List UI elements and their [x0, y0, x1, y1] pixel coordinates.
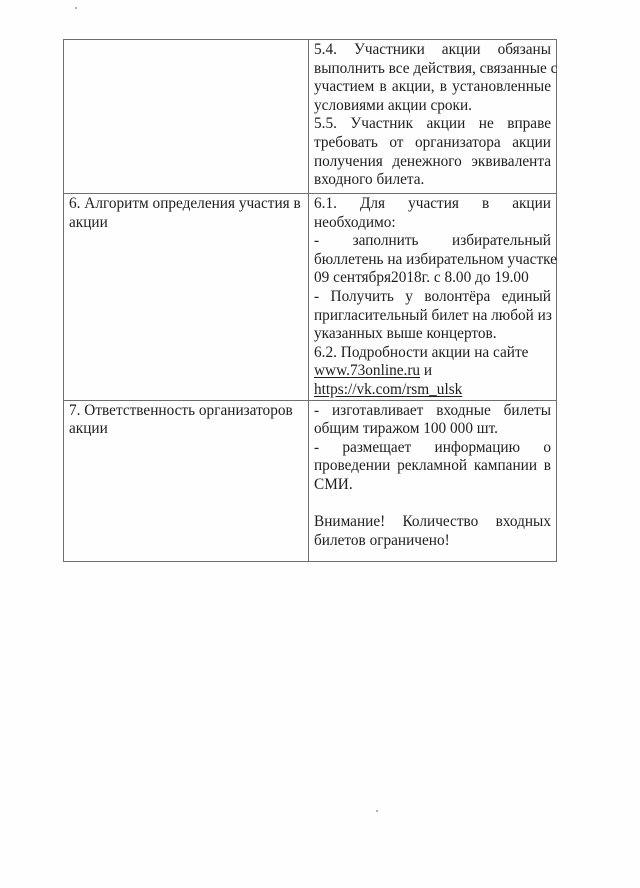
clause-5-4-line: участием в акции, в установленные — [314, 78, 551, 97]
section-title-cell: 6. Алгоритм определения участия в акции — [64, 194, 309, 401]
section-content-cell: - изготавливает входные билеты общим тир… — [309, 400, 557, 561]
notice-line: билетов ограничено! — [314, 532, 551, 551]
clause-5-4-line: условиями акции сроки. — [314, 97, 551, 116]
clause-6-1-line: 09 сентября2018г. с 8.00 до 19.00 — [314, 269, 551, 288]
section-6-title: 6. Алгоритм определения участия в — [69, 195, 303, 214]
scan-speck — [376, 810, 378, 812]
clause-5-5-line: требовать от организатора акции — [314, 134, 551, 153]
section-content-cell: 6.1. Для участия в акции необходимо: - з… — [309, 194, 557, 401]
responsibility-line: СМИ. — [314, 476, 551, 495]
notice-line: Внимание! Количество входных — [314, 513, 551, 532]
scan-speck — [75, 7, 77, 9]
clause-5-5-line: входного билета. — [314, 171, 551, 190]
table-row-section-7: 7. Ответственность организаторов акции -… — [64, 400, 557, 561]
responsibility-line: - изготавливает входные билеты — [314, 402, 551, 421]
clause-5-5-line: получения денежного эквивалента — [314, 153, 551, 172]
link-conjunction: и — [420, 362, 432, 379]
section-content-cell: 5.4. Участники акции обязаны выполнить в… — [309, 40, 557, 194]
clause-6-1-line: указанных выше концертов. — [314, 325, 551, 344]
section-6-title: акции — [69, 214, 303, 233]
clause-6-1-line: 6.1. Для участия в акции — [314, 195, 551, 214]
clause-6-2-line: 6.2. Подробности акции на сайте — [314, 344, 551, 363]
clause-6-1-line: - Получить у волонтёра единый — [314, 288, 551, 307]
section-title-cell — [64, 40, 309, 194]
clause-6-1-line: необходимо: — [314, 214, 551, 233]
section-title-cell: 7. Ответственность организаторов акции — [64, 400, 309, 561]
section-7-title: 7. Ответственность организаторов — [69, 402, 303, 421]
clause-6-1-line: бюллетень на избирательном участке — [314, 251, 551, 270]
terms-table: 5.4. Участники акции обязаны выполнить в… — [63, 39, 557, 562]
responsibility-line: - размещает информацию о — [314, 439, 551, 458]
clause-6-2-line: www.73online.ru и — [314, 362, 551, 381]
responsibility-line: общим тиражом 100 000 шт. — [314, 420, 551, 439]
spacer — [314, 495, 551, 514]
clause-6-1-line: пригласительный билет на любой из — [314, 307, 551, 326]
site-link-vk[interactable]: https://vk.com/rsm_ulsk — [314, 381, 462, 398]
section-7-title: акции — [69, 420, 303, 439]
clause-6-1-line: - заполнить избирательный — [314, 232, 551, 251]
table-row-section-6: 6. Алгоритм определения участия в акции … — [64, 194, 557, 401]
clause-5-4-line: 5.4. Участники акции обязаны — [314, 41, 551, 60]
responsibility-line: проведении рекламной кампании в — [314, 457, 551, 476]
document-page: 5.4. Участники акции обязаны выполнить в… — [0, 0, 640, 888]
clause-5-5-line: 5.5. Участник акции не вправе — [314, 115, 551, 134]
site-link-73online[interactable]: www.73online.ru — [314, 362, 420, 379]
clause-6-2-line: https://vk.com/rsm_ulsk — [314, 381, 551, 400]
table-row-section-5: 5.4. Участники акции обязаны выполнить в… — [64, 40, 557, 194]
clause-5-4-line: выполнить все действия, связанные с — [314, 60, 551, 79]
